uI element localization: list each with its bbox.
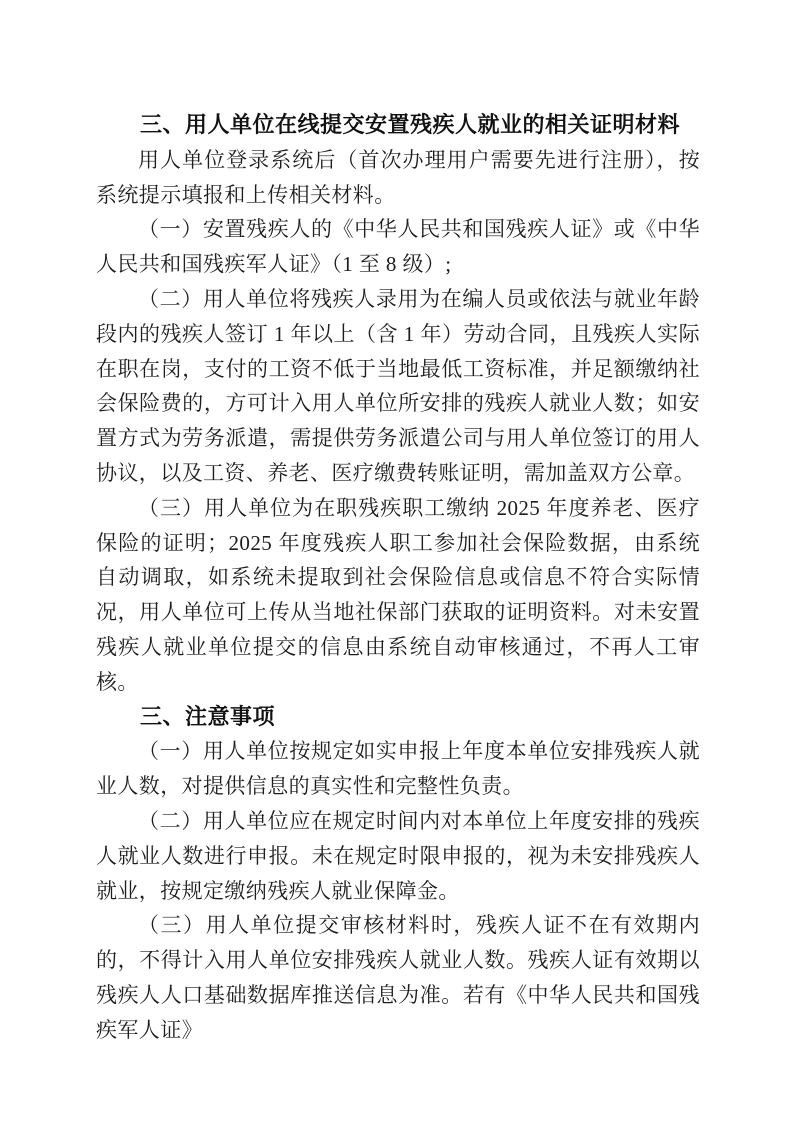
paragraph-login-instructions: 用人单位登录系统后（首次办理用户需要先进行注册），按系统提示填报和上传相关材料。	[96, 143, 700, 213]
section-heading-online-materials: 三、用人单位在线提交安置残疾人就业的相关证明材料	[96, 108, 700, 143]
document-body: 三、用人单位在线提交安置残疾人就业的相关证明材料 用人单位登录系统后（首次办理用…	[96, 108, 700, 1048]
paragraph-item-1-disability-certificate: （一）安置残疾人的《中华人民共和国残疾人证》或《中华人民共和国残疾军人证》（1 …	[96, 212, 700, 282]
document-page: 三、用人单位在线提交安置残疾人就业的相关证明材料 用人单位登录系统后（首次办理用…	[0, 0, 792, 1121]
paragraph-note-2-declaration-deadline: （二）用人单位应在规定时间内对本单位上年度安排的残疾人就业人数进行申报。未在规定…	[96, 804, 700, 908]
paragraph-note-1-truthful-declaration: （一）用人单位按规定如实申报上年度本单位安排残疾人就业人数，对提供信息的真实性和…	[96, 734, 700, 804]
paragraph-item-3-social-insurance: （三）用人单位为在职残疾职工缴纳 2025 年度养老、医疗保险的证明；2025 …	[96, 491, 700, 700]
section-heading-notes: 三、注意事项	[96, 700, 700, 735]
paragraph-item-2-employment-contract: （二）用人单位将残疾人录用为在编人员或依法与就业年龄段内的残疾人签订 1 年以上…	[96, 282, 700, 491]
paragraph-note-3-certificate-validity: （三）用人单位提交审核材料时，残疾人证不在有效期内的，不得计入用人单位安排残疾人…	[96, 908, 700, 1047]
